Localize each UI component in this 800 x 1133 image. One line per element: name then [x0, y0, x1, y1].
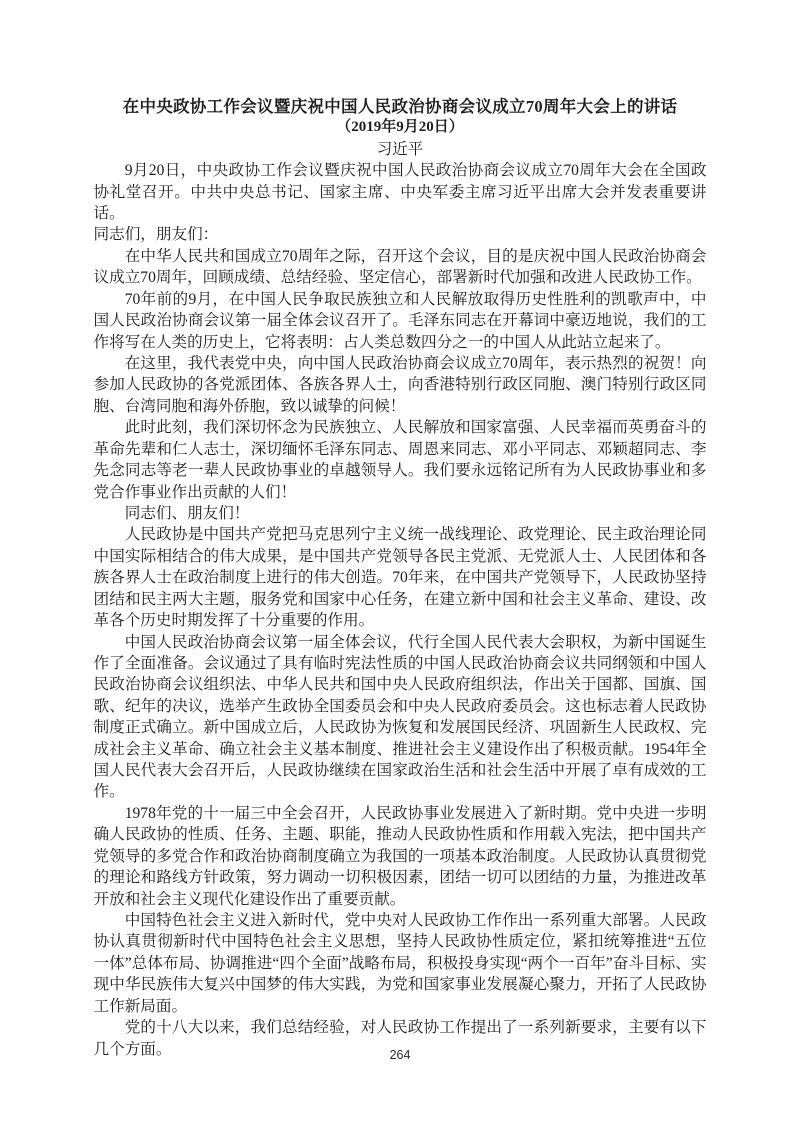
paragraph: 此时此刻，我们深切怀念为民族独立、人民解放和国家富强、人民幸福而英勇奋斗的革命先… — [94, 417, 707, 503]
paragraph: 在中华人民共和国成立70周年之际，召开这个会议，目的是庆祝中国人民政治协商会议成… — [94, 246, 707, 289]
document-page: 在中央政协工作会议暨庆祝中国人民政治协商会议成立70周年大会上的讲话 （2019… — [0, 0, 800, 1133]
document-body: 9月20日，中央政协工作会议暨庆祝中国人民政治协商会议成立70周年大会在全国政协… — [94, 160, 707, 1060]
paragraph-salutation: 同志们，朋友们： — [94, 224, 707, 245]
paragraph-intro: 9月20日，中央政协工作会议暨庆祝中国人民政治协商会议成立70周年大会在全国政协… — [94, 160, 707, 224]
document-title: 在中央政协工作会议暨庆祝中国人民政治协商会议成立70周年大会上的讲话 — [94, 96, 707, 117]
document-date: （2019年9月20日） — [94, 117, 707, 138]
paragraph: 1978年党的十一届三中全会召开，人民政协事业发展进入了新时期。党中央进一步明确… — [94, 803, 707, 910]
document-author: 习近平 — [94, 139, 707, 160]
paragraph-salutation-2: 同志们、朋友们！ — [94, 503, 707, 524]
paragraph: 中国特色社会主义进入新时代，党中央对人民政协工作作出一系列重大部署。人民政协认真… — [94, 910, 707, 1017]
paragraph: 中国人民政治协商会议第一届全体会议，代行全国人民代表大会职权，为新中国诞生作了全… — [94, 632, 707, 803]
document-content: 在中央政协工作会议暨庆祝中国人民政治协商会议成立70周年大会上的讲话 （2019… — [94, 0, 707, 1060]
page-number: 264 — [0, 1048, 800, 1062]
paragraph: 70年前的9月，在中国人民争取民族独立和人民解放取得历史性胜利的凯歌声中，中国人… — [94, 289, 707, 353]
paragraph: 在这里，我代表党中央，向中国人民政治协商会议成立70周年，表示热烈的祝贺！向参加… — [94, 353, 707, 417]
paragraph: 人民政协是中国共产党把马克思列宁主义统一战线理论、政党理论、民主政治理论同中国实… — [94, 524, 707, 631]
